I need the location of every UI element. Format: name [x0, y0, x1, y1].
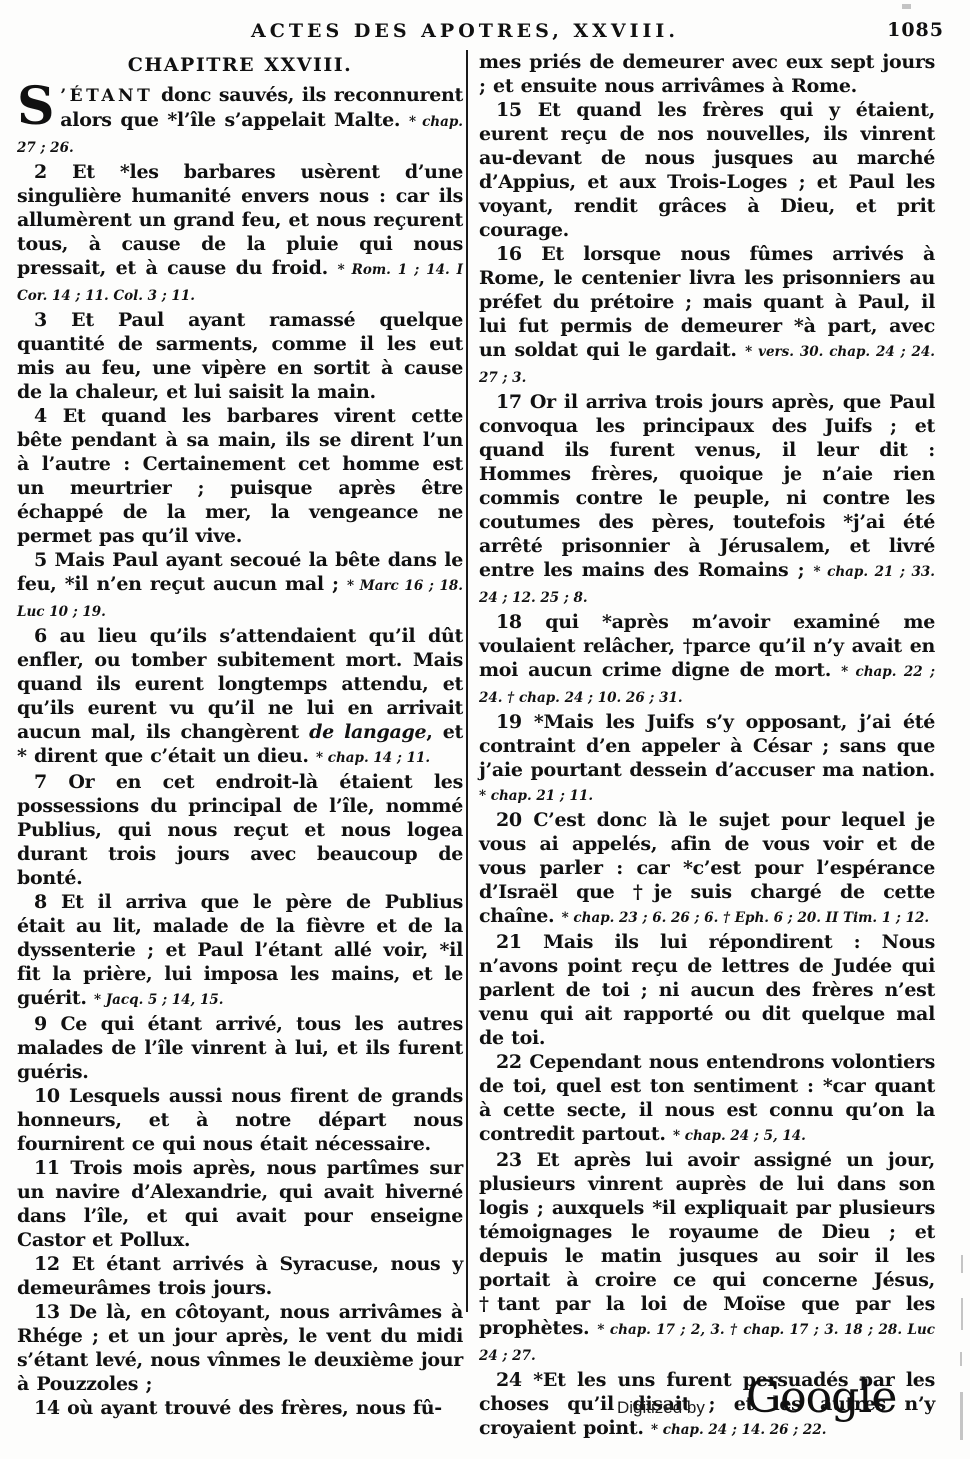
verse-text: 11 Trois mois après, nous partîmes sur u… — [17, 1157, 463, 1251]
verse-text: 15 Et quand les frères qui y étaient, eu… — [479, 99, 935, 241]
verse-paragraph: 3 Et Paul ayant ramassé quelque quantité… — [17, 308, 463, 404]
verse-paragraph: 11 Trois mois après, nous partîmes sur u… — [17, 1156, 463, 1252]
cross-reference: * chap. 14 ; 11. — [316, 750, 430, 766]
scan-artifact — [902, 4, 911, 9]
verse-paragraph: S’ÉTANT donc sauvés, ils reconnurent alo… — [17, 83, 463, 160]
drop-cap-letter: S — [17, 83, 60, 127]
verse-text: 3 Et Paul ayant ramassé quelque quantité… — [17, 309, 463, 403]
verse-paragraph: 8 Et il arriva que le père de Publius ét… — [17, 890, 463, 1012]
verse-paragraph: 10 Lesquels aussi nous firent de grands … — [17, 1084, 463, 1156]
scan-artifact — [960, 1352, 962, 1366]
verse-paragraph: 9 Ce qui étant arrivé, tous les autres m… — [17, 1012, 463, 1084]
scanned-book-page: ACTES DES APOTRES, XXVIII. 1085 CHAPITRE… — [0, 0, 970, 1459]
scan-artifact — [960, 1392, 963, 1440]
right-column-paragraphs: mes priés de demeurer avec eux sept jour… — [479, 50, 935, 1442]
verse-paragraph: 17 Or il arriva trois jours après, que P… — [479, 390, 935, 610]
verse-text: 9 Ce qui étant arrivé, tous les autres m… — [17, 1013, 463, 1083]
verse-paragraph: 5 Mais Paul ayant secoué la bête dans le… — [17, 548, 463, 624]
verse-paragraph: 19 *Mais les Juifs s’y opposant, j’ai ét… — [479, 710, 935, 808]
verse-text: mes priés de demeurer avec eux sept jour… — [479, 51, 935, 97]
scan-artifact — [961, 1255, 963, 1273]
verse-text: 23 Et après lui avoir assigné un jour, p… — [479, 1149, 935, 1339]
verse-paragraph: 12 Et étant arrivés à Syracuse, nous y d… — [17, 1252, 463, 1300]
cross-reference: * chap. 23 ; 6. 26 ; 6. † Eph. 6 ; 20. I… — [562, 910, 929, 926]
verse-text: 14 où ayant trouvé des frères, nous fû- — [34, 1397, 442, 1419]
verse-text: 12 Et étant arrivés à Syracuse, nous y d… — [17, 1253, 463, 1299]
verse-paragraph: 6 au lieu qu’ils s’attendaient qu’il dût… — [17, 624, 463, 770]
scan-artifact — [961, 1298, 963, 1330]
cross-reference: * Jacq. 5 ; 14, 15. — [94, 992, 223, 1008]
italic-phrase: de langage — [309, 721, 426, 743]
verse-paragraph: 16 Et lorsque nous fûmes arrivés à Rome,… — [479, 242, 935, 390]
cross-reference: * chap. 24 ; 14. 26 ; 22. — [651, 1422, 826, 1438]
verse-text: 7 Or en cet endroit-là étaient les posse… — [17, 771, 463, 889]
verse-text: 10 Lesquels aussi nous firent de grands … — [17, 1085, 463, 1155]
verse-paragraph: 2 Et *les barbares usèrent d’une singuli… — [17, 160, 463, 308]
page-number: 1085 — [887, 19, 944, 41]
verse-text: 4 Et quand les barbares virent cette bêt… — [17, 405, 463, 547]
digitized-by-label: Digitized by — [617, 1398, 705, 1418]
text-columns: CHAPITRE XXVIII. S’ÉTANT donc sauvés, il… — [17, 50, 955, 1442]
right-column: mes priés de demeurer avec eux sept jour… — [468, 50, 935, 1442]
verse-text: 8 Et il arriva que le père de Publius ét… — [17, 891, 463, 1009]
cross-reference: * chap. 24 ; 5, 14. — [673, 1128, 806, 1144]
verse-paragraph: 15 Et quand les frères qui y étaient, eu… — [479, 98, 935, 242]
verse-paragraph: 18 qui *après m’avoir examiné me voulaie… — [479, 610, 935, 710]
running-header-title: ACTES DES APOTRES, XXVIII. — [0, 20, 950, 42]
cross-reference: * chap. 21 ; 11. — [479, 788, 593, 804]
verse-text: 19 *Mais les Juifs s’y opposant, j’ai ét… — [479, 711, 935, 781]
verse-paragraph: 7 Or en cet endroit-là étaient les posse… — [17, 770, 463, 890]
verse-paragraph: 21 Mais ils lui répondirent : Nous n’avo… — [479, 930, 935, 1050]
left-column-paragraphs: S’ÉTANT donc sauvés, ils reconnurent alo… — [17, 83, 463, 1420]
verse-paragraph: 14 où ayant trouvé des frères, nous fû- — [17, 1396, 463, 1420]
verse-paragraph: 22 Cependant nous entendrons volontiers … — [479, 1050, 935, 1148]
verse-paragraph: 13 De là, en côtoyant, nous arrivâmes à … — [17, 1300, 463, 1396]
verse-text: 17 Or il arriva trois jours après, que P… — [479, 391, 935, 581]
verse-paragraph: 23 Et après lui avoir assigné un jour, p… — [479, 1148, 935, 1368]
spaced-caps-text: ’ÉTANT — [60, 86, 153, 106]
verse-paragraph: mes priés de demeurer avec eux sept jour… — [479, 50, 935, 98]
verse-text: 21 Mais ils lui répondirent : Nous n’avo… — [479, 931, 935, 1049]
verse-paragraph: 4 Et quand les barbares virent cette bêt… — [17, 404, 463, 548]
verse-paragraph: 20 C’est donc là le sujet pour lequel je… — [479, 808, 935, 930]
chapter-heading: CHAPITRE XXVIII. — [17, 53, 463, 77]
google-logo: Google — [746, 1374, 896, 1422]
verse-text: 13 De là, en côtoyant, nous arrivâmes à … — [17, 1301, 463, 1395]
left-column: CHAPITRE XXVIII. S’ÉTANT donc sauvés, il… — [17, 50, 463, 1420]
